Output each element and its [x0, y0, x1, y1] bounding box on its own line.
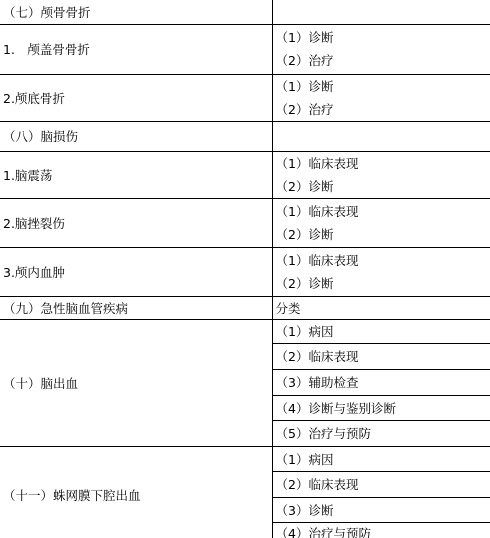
topic-cell: 2.颅底骨折: [0, 74, 272, 121]
detail-line: （1）临床表现: [276, 152, 488, 175]
detail-line: （2）治疗: [276, 49, 488, 72]
detail-line: （1）临床表现: [276, 249, 488, 272]
topic-cell: （十）脑出血: [0, 319, 272, 446]
table-row: 1. 颅盖骨骨折 （1）诊断 （2）治疗: [0, 24, 490, 74]
detail-cell-empty: [272, 121, 490, 151]
detail-cell: （1）临床表现 （2）诊断: [272, 151, 490, 198]
detail-cell: （2）临床表现: [272, 471, 490, 497]
detail-cell: （1）诊断 （2）治疗: [272, 74, 490, 121]
table-row: （十一）蛛网膜下腔出血 （1）病因: [0, 446, 490, 471]
topics-table: （七）颅骨骨折 1. 颅盖骨骨折 （1）诊断 （2）治疗 2.颅底骨折 （1）诊…: [0, 0, 490, 538]
table-row: 3.颅内血肿 （1）临床表现 （2）诊断: [0, 247, 490, 296]
document-page: （七）颅骨骨折 1. 颅盖骨骨折 （1）诊断 （2）治疗 2.颅底骨折 （1）诊…: [0, 0, 490, 538]
table-row: （七）颅骨骨折: [0, 0, 490, 24]
topic-cell: （十一）蛛网膜下腔出血: [0, 446, 272, 538]
detail-cell: （1）临床表现 （2）诊断: [272, 198, 490, 247]
detail-line: （2）治疗: [276, 98, 488, 121]
table-row: （十）脑出血 （1）病因: [0, 319, 490, 343]
detail-cell: （1）病因: [272, 319, 490, 343]
topic-cell: （七）颅骨骨折: [0, 0, 272, 24]
table-row: （九）急性脑血管疾病 分类: [0, 296, 490, 319]
detail-line: （2）诊断: [276, 223, 488, 246]
table-row: 1.脑震荡 （1）临床表现 （2）诊断: [0, 151, 490, 198]
topic-cell: 1.脑震荡: [0, 151, 272, 198]
topic-cell: 2.脑挫裂伤: [0, 198, 272, 247]
detail-cell: （2）临床表现: [272, 343, 490, 369]
detail-cell: （5）治疗与预防: [272, 420, 490, 446]
topic-cell: （八）脑损伤: [0, 121, 272, 151]
detail-line: （1）临床表现: [276, 200, 488, 223]
detail-line: （2）诊断: [276, 272, 488, 295]
topic-cell: 3.颅内血肿: [0, 247, 272, 296]
table-row: 2.脑挫裂伤 （1）临床表现 （2）诊断: [0, 198, 490, 247]
detail-cell: （4）治疗与预防: [272, 522, 490, 538]
detail-cell: （1）诊断 （2）治疗: [272, 24, 490, 74]
topic-cell: （九）急性脑血管疾病: [0, 296, 272, 319]
detail-cell: （3）辅助检查: [272, 369, 490, 395]
detail-line: （1）诊断: [276, 26, 488, 49]
table-row: 2.颅底骨折 （1）诊断 （2）治疗: [0, 74, 490, 121]
table-row: （八）脑损伤: [0, 121, 490, 151]
detail-cell: （4）诊断与鉴别诊断: [272, 395, 490, 420]
detail-cell: （3）诊断: [272, 497, 490, 522]
detail-cell: （1）临床表现 （2）诊断: [272, 247, 490, 296]
detail-cell: 分类: [272, 296, 490, 319]
detail-line: （1）诊断: [276, 75, 488, 98]
detail-cell: （1）病因: [272, 446, 490, 471]
topic-cell: 1. 颅盖骨骨折: [0, 24, 272, 74]
detail-cell-empty: [272, 0, 490, 24]
detail-line: （2）诊断: [276, 175, 488, 198]
